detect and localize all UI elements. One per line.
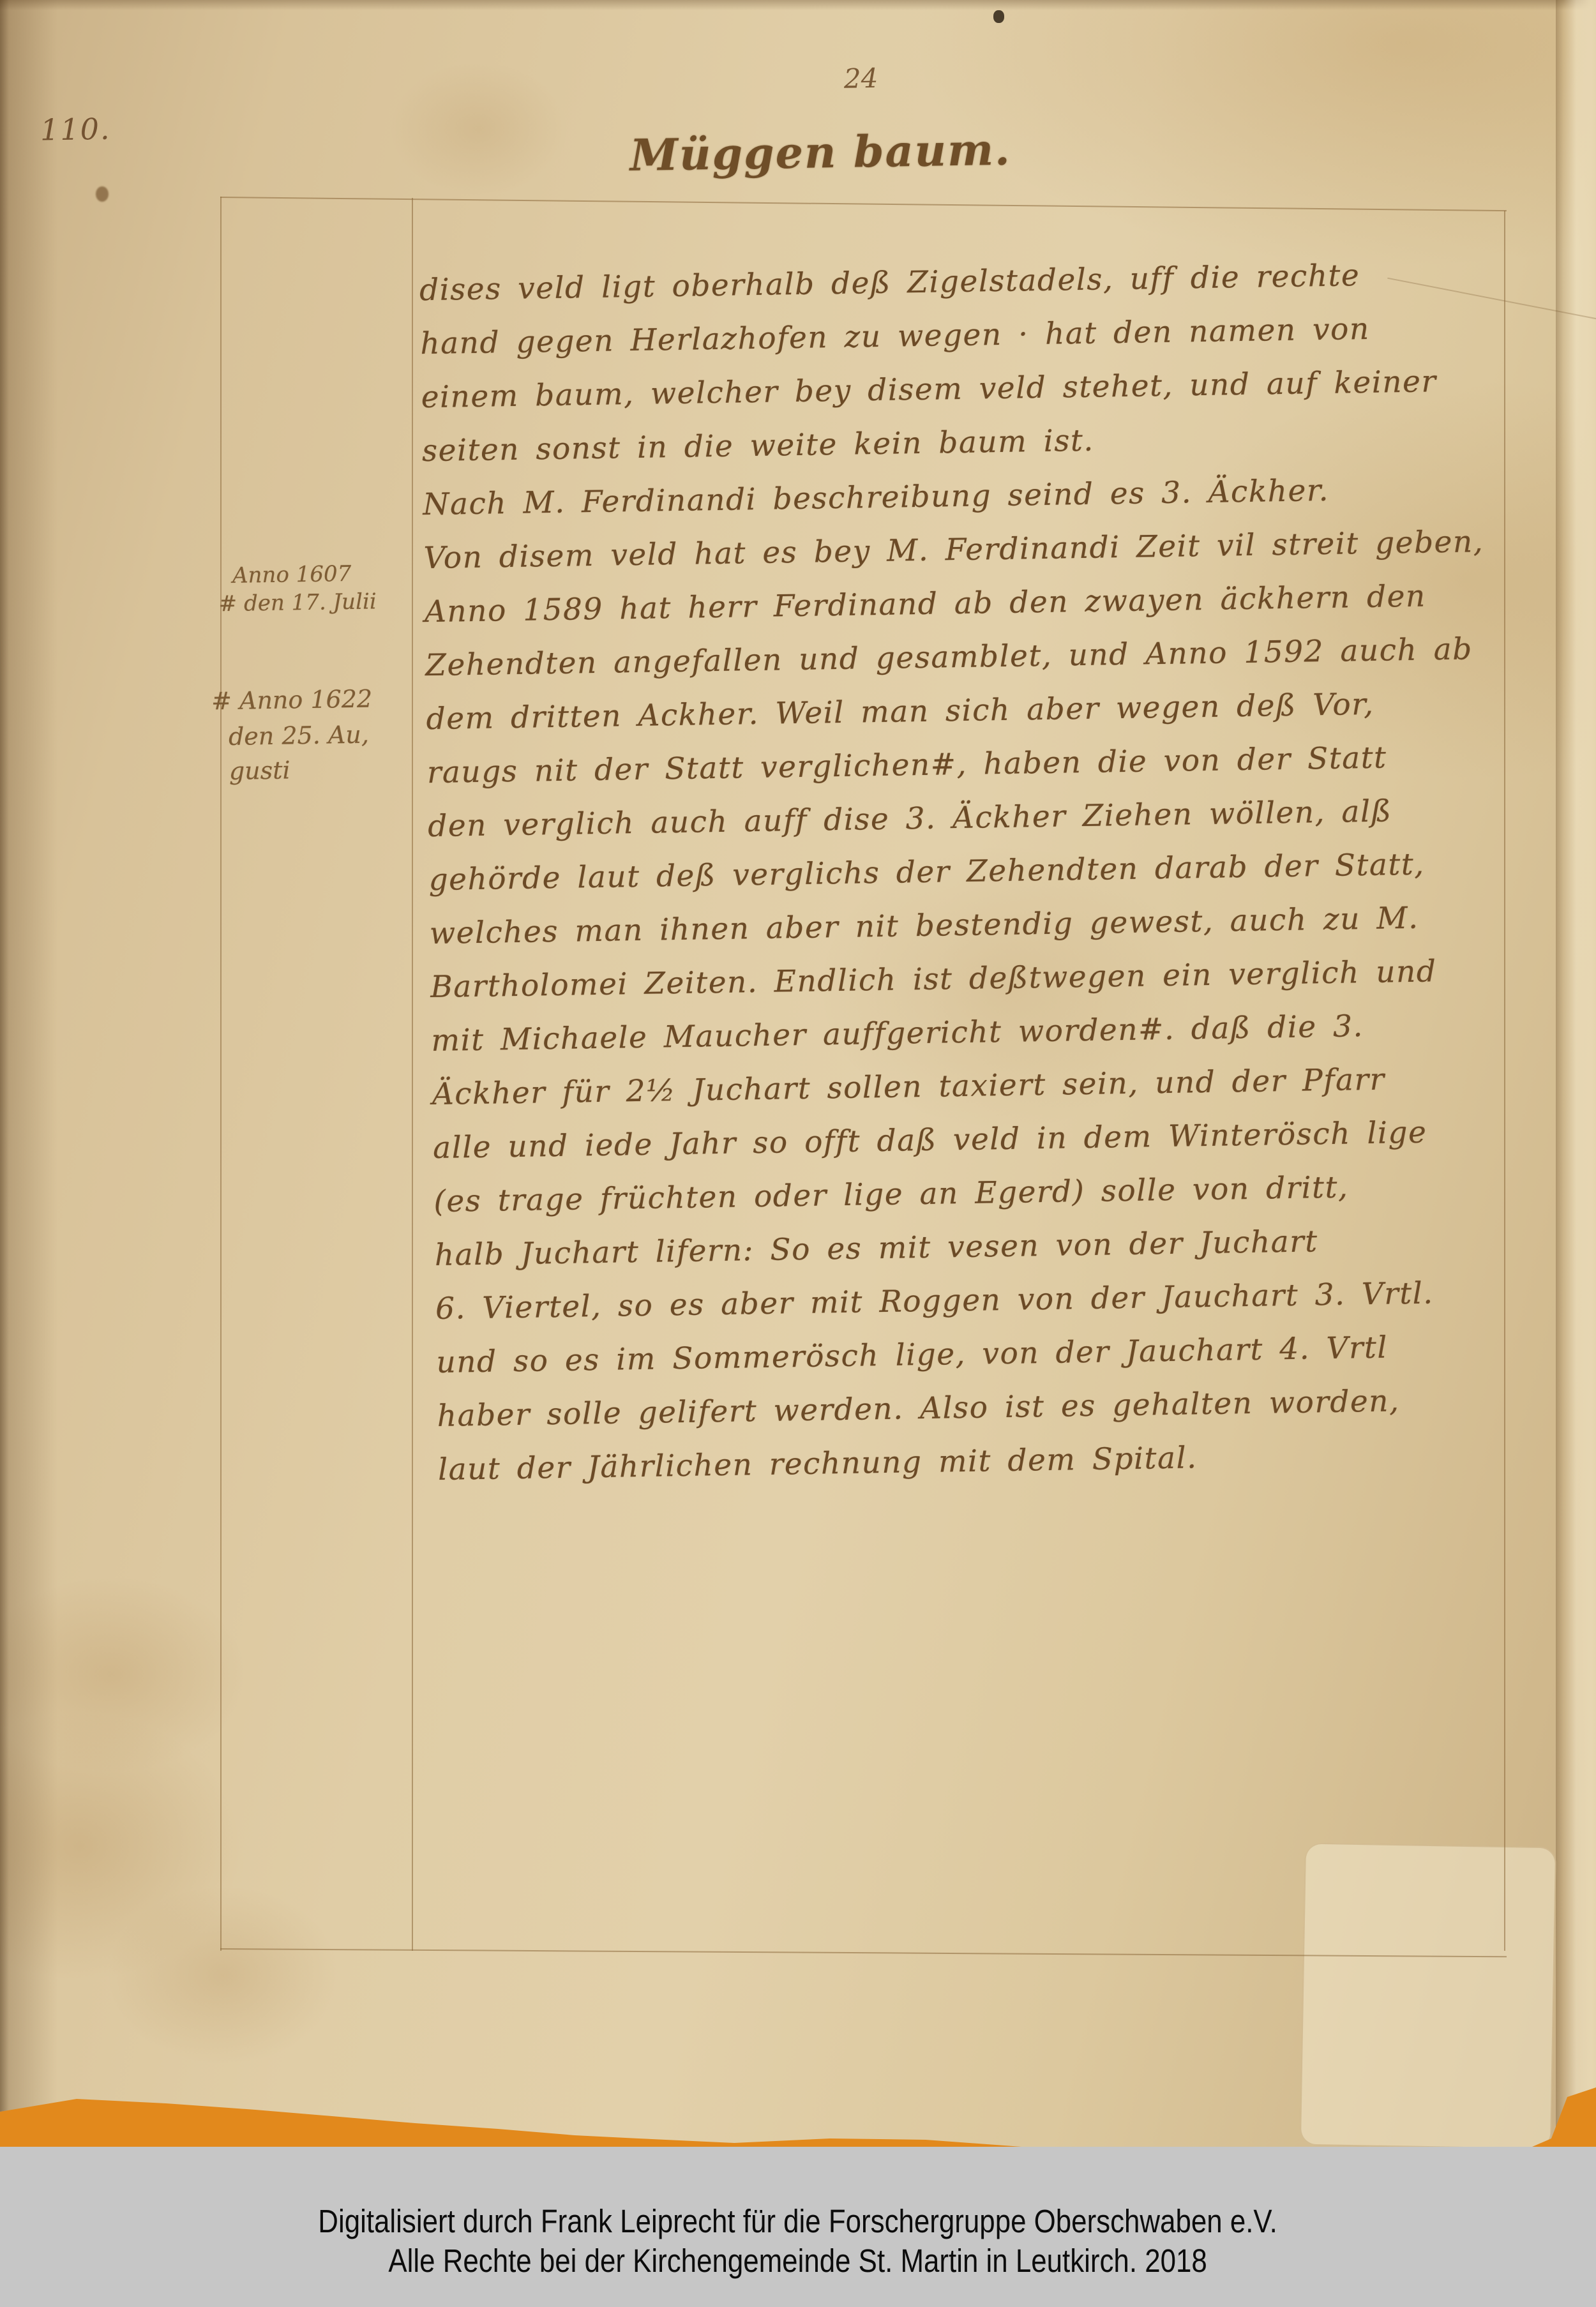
margin-note-line: # Anno 1622 xyxy=(211,684,373,715)
margin-note-line: den 25. Au, xyxy=(229,721,370,751)
quire-mark: 24 xyxy=(844,63,878,94)
margin-note-line: gusti xyxy=(229,756,290,785)
handwriting-layer: 110. 24 Müggen baum. Anno 1607 # den 17.… xyxy=(0,0,1596,2159)
scanned-manuscript-page: 110. 24 Müggen baum. Anno 1607 # den 17.… xyxy=(0,0,1596,2307)
margin-note-line: # den 17. Julii xyxy=(218,589,377,617)
manuscript-body: dises veld ligt oberhalb deß Zigelstadel… xyxy=(419,246,1523,1496)
page-title: Müggen baum. xyxy=(629,124,1011,181)
digitization-caption-bar: Digitalisiert durch Frank Leiprecht für … xyxy=(0,2147,1596,2307)
caption-line-2: Alle Rechte bei der Kirchengemeinde St. … xyxy=(389,2241,1207,2281)
manuscript-paper: 110. 24 Müggen baum. Anno 1607 # den 17.… xyxy=(0,0,1596,2147)
caption-line-1: Digitalisiert durch Frank Leiprecht für … xyxy=(319,2202,1278,2241)
folio-number: 110. xyxy=(40,112,111,147)
margin-note-line: Anno 1607 xyxy=(232,561,352,589)
